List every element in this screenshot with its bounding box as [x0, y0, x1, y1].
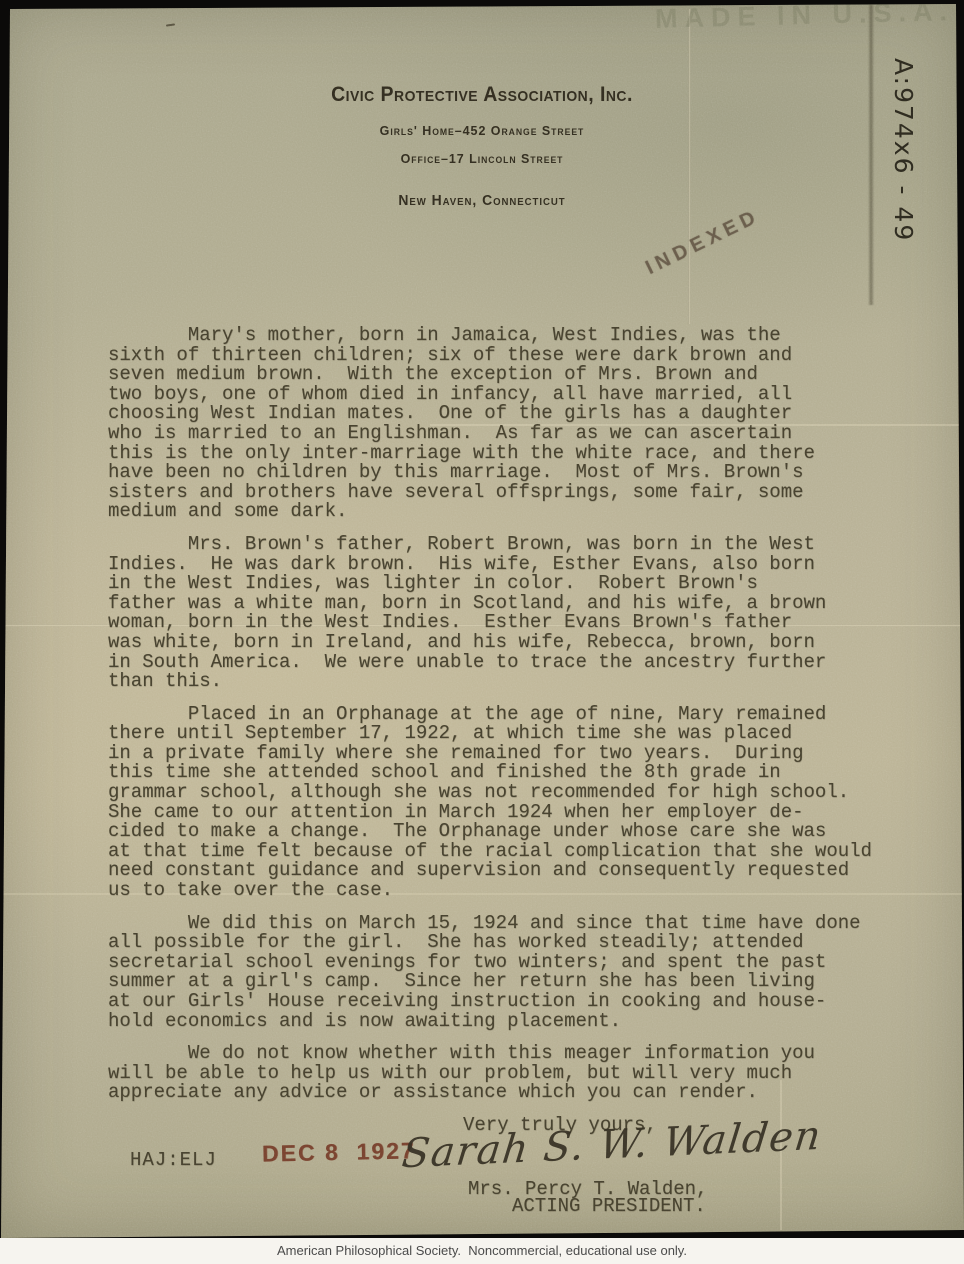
footer-caption: American Philosophical Society. Noncomme…	[277, 1243, 687, 1258]
fold-crease-vertical-1	[688, 9, 691, 324]
scanned-letter-page: MADE IN U.S.A. Civic Protective Associat…	[0, 0, 964, 1264]
letterhead-office-address: Office–17 Lincoln Street	[19, 151, 944, 166]
letter-body: Mary's mother, born in Jamaica, West Ind…	[108, 326, 918, 1116]
indexed-stamp: INDEXED	[642, 205, 763, 280]
date-received-stamp: DEC 8 1927	[262, 1137, 416, 1167]
archival-margin-note: A:974x6 - 49	[889, 58, 918, 242]
paragraph-ancestry: Mrs. Brown's father, Robert Brown, was b…	[108, 535, 918, 692]
paper-watermark: MADE IN U.S.A.	[655, 0, 955, 35]
paragraph-case-progress: We did this on March 15, 1924 and since …	[108, 914, 918, 1032]
paragraph-orphanage-history: Placed in an Orphanage at the age of nin…	[108, 705, 918, 901]
paragraph-request-for-advice: We do not know whether with this meager …	[108, 1044, 918, 1103]
paper-right-edge-shadow	[958, 55, 961, 575]
letter-paper: MADE IN U.S.A. Civic Protective Associat…	[0, 0, 964, 1238]
letterhead-girls-home-address: Girls' Home–452 Orange Street	[19, 123, 944, 138]
letterhead-city: New Haven, Connecticut	[19, 193, 944, 209]
paragraph-family-background: Mary's mother, born in Jamaica, West Ind…	[108, 326, 918, 522]
signer-title: ACTING PRESIDENT.	[512, 1195, 706, 1217]
letterhead-org-name: Civic Protective Association, Inc.	[34, 83, 931, 107]
ink-speck	[166, 23, 175, 26]
typist-initials: HAJ:ELJ	[130, 1149, 217, 1171]
footer-strip: American Philosophical Society. Noncomme…	[0, 1238, 964, 1264]
